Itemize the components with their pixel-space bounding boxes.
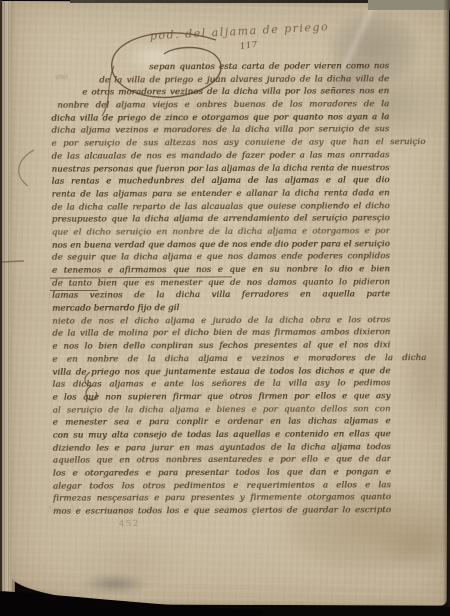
manuscript-line: aquellos que en otros nonbres asentarede… (53, 454, 391, 468)
manuscript-line: de tanto bien que es menester que de nos… (52, 276, 390, 290)
ink-underline-long (50, 276, 232, 278)
manuscript-line: mercado bernardo fijo de gil (52, 302, 224, 315)
photo-right-edge (443, 0, 450, 616)
manuscript-line: diziendo les e para jurar en mas ayuntad… (53, 441, 391, 455)
manuscript-line: dicha villa de priego de zinco e otorgam… (51, 111, 389, 125)
manuscript-line: nuestras personas que fueron por las alj… (51, 162, 389, 176)
paper-crease (285, 0, 435, 70)
manuscript-line: presupuesto que la dicha aljama de arren… (52, 213, 390, 227)
manuscript-line: nieto de nos el dicho aljama e jurado de… (52, 314, 390, 328)
manuscript-line: con su muy alta consejo de todas las aqu… (53, 428, 391, 442)
manuscript-line: alegar todos los otros pedimentos e requ… (53, 479, 391, 493)
manuscript-line: e tenemos e afirmamos que nos e que en s… (52, 263, 390, 277)
margin-dash-stroke (1, 261, 24, 262)
paper-mottle (12, 0, 450, 604)
manuscript-line: renta de las aljamas para se entender e … (52, 187, 390, 201)
manuscript-line: e por seruiçio de sus altezas nos asy co… (51, 136, 425, 150)
manuscript-line: lamas vezinos de la dicha villa ferrador… (52, 289, 390, 303)
manuscript-photo: pod. del aljama de priego 117 vno sepan … (0, 0, 450, 616)
header-rubric: pod. del aljama de priego (150, 20, 327, 47)
manuscript-line: e en nonbre de la dicha aljama e vezinos… (52, 352, 426, 366)
margin-note: vno (55, 73, 68, 81)
manuscript-line: nos en buena verdad que damos que de nos… (52, 238, 390, 252)
photo-top-edge (70, 0, 382, 3)
photo-left-edge (0, 0, 2, 616)
water-stain-top-right (318, 6, 450, 156)
manuscript-line: dicha aljama vezinos e moradores de la d… (51, 124, 389, 138)
manuscript-line: de la dicha calle reparto de las alcaual… (52, 200, 390, 214)
manuscript-line: sepan quantos esta carta de poder vieren… (51, 60, 389, 74)
manuscript-line: mos e escriuanos todos los e que seamos … (53, 504, 391, 518)
manuscript-line: firmezas nesçesarias e para presentes y … (53, 492, 391, 506)
manuscript-line: al seruiçio de la dicha aljama e bienes … (53, 403, 391, 417)
manuscript-line: de seguir que la dicha aljama e que nos … (52, 251, 390, 265)
text-block: sepan quantos esta carta de poder vieren… (51, 60, 391, 511)
manuscript-line: los e otorgaredes e para presentar todos… (53, 466, 391, 480)
manuscript-line: e otros moradores vezinos de la dicha vi… (51, 86, 389, 100)
manuscript-line: las rentas e muchedunbres del aljama de … (52, 174, 390, 188)
folio-number: 117 (239, 40, 258, 52)
smudge-bottom-left (76, 570, 154, 598)
photo-bottom-band (262, 607, 450, 616)
paper-light-patch (120, 38, 190, 78)
manuscript-line: que el dicho seruiçio en nonbre de la di… (52, 225, 390, 239)
bleed-through-line: firmado e sellado en la dicha villa ante… (48, 505, 323, 514)
corner-wedge-shape (0, 591, 290, 616)
stain-bottom-right (262, 468, 450, 578)
manuscript-line: e nos lo bien dello conpliran sus fechos… (52, 339, 390, 353)
margin-dash-mark-icon (0, 258, 26, 266)
manuscript-page (10, 1, 449, 606)
photo-top-right-block (368, 0, 450, 10)
margin-paren-stroke (19, 150, 34, 186)
pen-flourish-loop (112, 33, 221, 98)
manuscript-line: e los que non supieren firmar que otros … (52, 390, 390, 404)
pen-flourish-tail (102, 66, 114, 116)
manuscript-line: villa de priego nos que juntamente estau… (52, 365, 390, 379)
manuscript-line: de la villa de priego e juan alvares jur… (51, 73, 389, 87)
manuscript-line: las dichas aljamas e ante los señores de… (52, 377, 390, 391)
stain-right-middle (385, 285, 450, 455)
manuscript-line: e menester sea e para conplir e ordenar … (53, 416, 391, 430)
pencil-foliation: 452 (119, 519, 140, 530)
manuscript-line: de las alcaualas de nos es mandado de fa… (51, 149, 389, 163)
margin-beta-mark-icon (82, 368, 104, 404)
margin-paren-mark-icon (12, 148, 38, 188)
margin-beta-stroke (85, 372, 97, 400)
manuscript-line: nonbre del aljama viejos e onbres buenos… (51, 98, 389, 112)
ink-underline-short (50, 290, 98, 291)
adjacent-page-edge (0, 1, 15, 597)
pen-flourish-icon (98, 22, 248, 122)
manuscript-line: de la villa de molina por el dicho bien … (52, 327, 390, 341)
photo-corner-wedge (0, 582, 290, 616)
